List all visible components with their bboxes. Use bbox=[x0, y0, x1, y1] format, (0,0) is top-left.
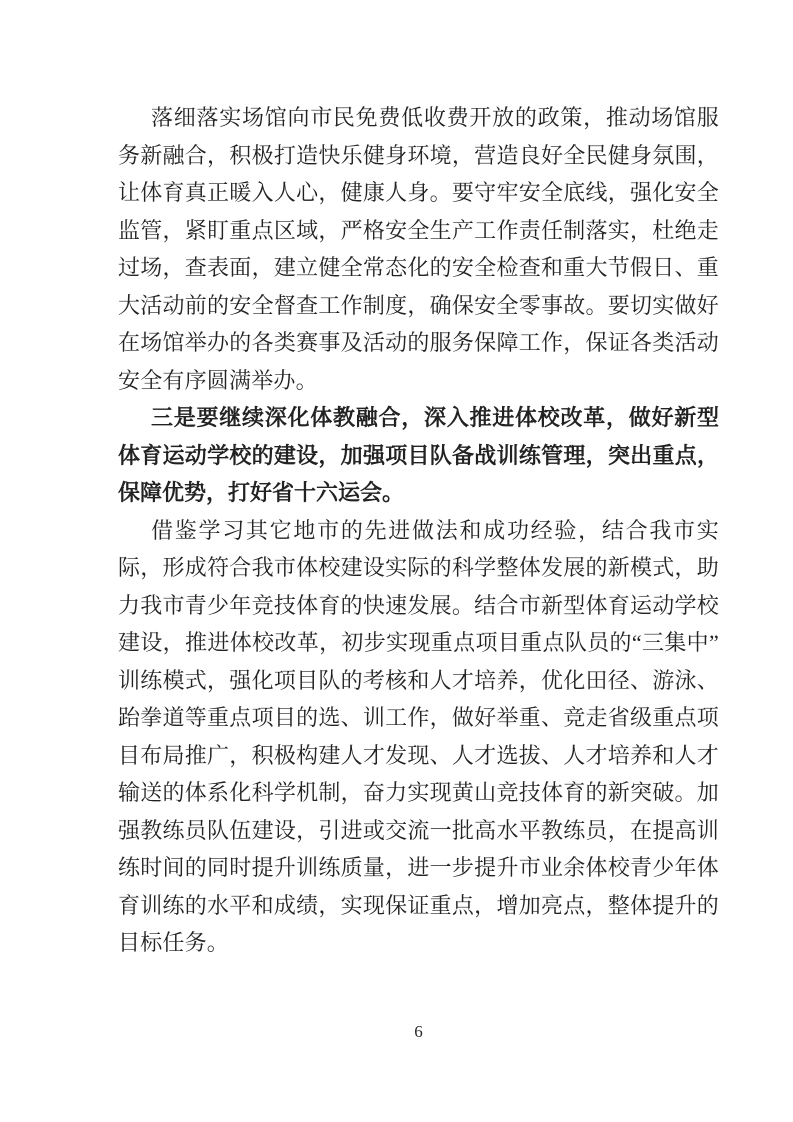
text-line: 强教练员队伍建设，引进或交流一批高水平教练员，在提高训 bbox=[118, 812, 719, 850]
text-line: 力我市青少年竞技体育的快速发展。结合市新型体育运动学校 bbox=[118, 587, 719, 625]
text-line: 落细落实场馆向市民免费低收费开放的政策，推动场馆服 bbox=[118, 99, 719, 137]
text-line: 保障优势，打好省十六运会。 bbox=[118, 474, 719, 512]
text-line: 务新融合，积极打造快乐健身环境，营造良好全民健身氛围， bbox=[118, 137, 719, 175]
text-line: 训练模式，强化项目队的考核和人才培养，优化田径、游泳、 bbox=[118, 662, 719, 700]
text-line: 让体育真正暖入人心，健康人身。要守牢安全底线，强化安全 bbox=[118, 174, 719, 212]
text-line: 输送的体系化科学机制，奋力实现黄山竞技体育的新突破。加 bbox=[118, 774, 719, 812]
paragraph-1: 落细落实场馆向市民免费低收费开放的政策，推动场馆服 务新融合，积极打造快乐健身环… bbox=[118, 99, 719, 399]
text-line: 体育运动学校的建设，加强项目队备战训练管理，突出重点， bbox=[118, 437, 719, 475]
text-line: 练时间的同时提升训练质量，进一步提升市业余体校青少年体 bbox=[118, 849, 719, 887]
text-line: 建设，推进体校改革，初步实现重点项目重点队员的“三集中” bbox=[118, 624, 719, 662]
text-line: 目标任务。 bbox=[118, 924, 719, 962]
text-line: 过场，查表面，建立健全常态化的安全检查和重大节假日、重 bbox=[118, 249, 719, 287]
text-block: 落细落实场馆向市民免费低收费开放的政策，推动场馆服 务新融合，积极打造快乐健身环… bbox=[118, 99, 719, 962]
text-line: 跆拳道等重点项目的选、训工作，做好举重、竞走省级重点项 bbox=[118, 699, 719, 737]
document-page: 落细落实场馆向市民免费低收费开放的政策，推动场馆服 务新融合，积极打造快乐健身环… bbox=[0, 0, 793, 1122]
text-line: 目布局推广，积极构建人才发现、人才选拔、人才培养和人才 bbox=[118, 737, 719, 775]
paragraph-2-heading: 三是要继续深化体教融合，深入推进体校改革，做好新型 体育运动学校的建设，加强项目… bbox=[118, 399, 719, 512]
text-line: 大活动前的安全督查工作制度，确保安全零事故。要切实做好 bbox=[118, 287, 719, 325]
text-line: 在场馆举办的各类赛事及活动的服务保障工作，保证各类活动 bbox=[118, 324, 719, 362]
text-line: 三是要继续深化体教融合，深入推进体校改革，做好新型 bbox=[118, 399, 719, 437]
paragraph-3: 借鉴学习其它地市的先进做法和成功经验，结合我市实 际，形成符合我市体校建设实际的… bbox=[118, 512, 719, 962]
text-line: 借鉴学习其它地市的先进做法和成功经验，结合我市实 bbox=[118, 512, 719, 550]
text-line: 际，形成符合我市体校建设实际的科学整体发展的新模式，助 bbox=[118, 549, 719, 587]
page-footer: 6 bbox=[118, 1020, 719, 1044]
page-number: 6 bbox=[414, 1022, 423, 1041]
text-line: 安全有序圆满举办。 bbox=[118, 362, 719, 400]
text-line: 育训练的水平和成绩，实现保证重点，增加亮点，整体提升的 bbox=[118, 887, 719, 925]
text-line: 监管，紧盯重点区域，严格安全生产工作责任制落实，杜绝走 bbox=[118, 212, 719, 250]
